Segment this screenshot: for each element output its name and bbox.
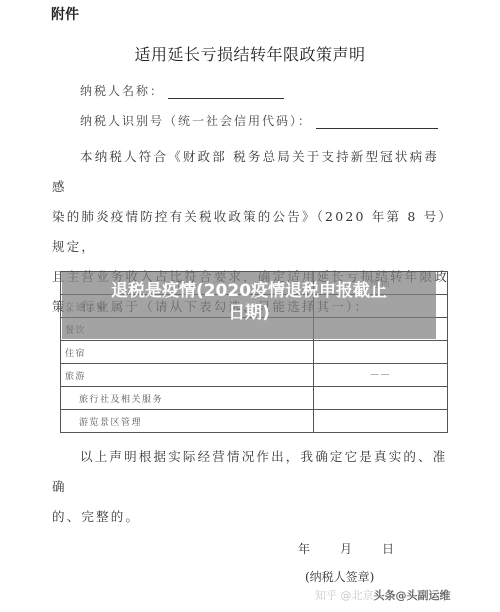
day-label: 日 bbox=[382, 540, 394, 557]
option-cell[interactable] bbox=[314, 341, 448, 364]
signature-label: (纳税人签章) bbox=[305, 568, 374, 585]
taxpayer-id-label: 纳税人识别号（统一社会信用代码）： bbox=[80, 114, 312, 128]
table-row: 旅游 —— bbox=[61, 364, 448, 387]
watermark: 知乎 @北京头条@头副运维 bbox=[315, 587, 451, 603]
table-row: 住宿 bbox=[61, 341, 448, 364]
taxpayer-name-line bbox=[168, 86, 284, 99]
title-overlay-banner: 退税是疫情(2020疫情退税申报截止 日期) bbox=[62, 272, 436, 339]
month-label: 月 bbox=[340, 540, 352, 557]
industry-cell: 旅行社及相关服务 bbox=[61, 387, 314, 410]
year-label: 年 bbox=[298, 540, 310, 557]
option-cell: —— bbox=[314, 364, 448, 387]
taxpayer-name-label: 纳税人名称： bbox=[80, 84, 164, 98]
table-row: 游览景区管理 bbox=[61, 410, 448, 433]
taxpayer-id-line bbox=[316, 116, 438, 129]
closing-statement: 以上声明根据实际经营情况作出，我确定它是真实的、准确 的、完整的。 bbox=[52, 442, 452, 532]
paragraph-line: 本纳税人符合《财政部 税务总局关于支持新型冠状病毒感 bbox=[52, 149, 439, 194]
paragraph-line: 染的肺炎疫情防控有关税收政策的公告》（2020 年第 8 号）规定， bbox=[52, 202, 452, 262]
industry-cell: 旅游 bbox=[61, 364, 314, 387]
taxpayer-name-field: 纳税人名称： bbox=[80, 82, 284, 99]
watermark-zhihu: 知乎 @北京 bbox=[315, 589, 374, 602]
option-cell[interactable] bbox=[314, 387, 448, 410]
table-row: 旅行社及相关服务 bbox=[61, 387, 448, 410]
document-title: 适用延长亏损结转年限政策声明 bbox=[0, 42, 500, 65]
overlay-title-line: 退税是疫情(2020疫情退税申报截止 bbox=[62, 280, 436, 302]
option-cell[interactable] bbox=[314, 410, 448, 433]
overlay-title-line: 日期) bbox=[62, 302, 436, 324]
industry-cell: 游览景区管理 bbox=[61, 410, 314, 433]
taxpayer-id-field: 纳税人识别号（统一社会信用代码）： bbox=[80, 112, 438, 129]
closing-line: 的、完整的。 bbox=[52, 502, 452, 532]
attachment-label: 附件 bbox=[51, 4, 79, 24]
industry-cell: 住宿 bbox=[61, 341, 314, 364]
closing-line: 以上声明根据实际经营情况作出，我确定它是真实的、准确 bbox=[52, 449, 448, 494]
signature-date: 年月日 bbox=[298, 540, 424, 557]
watermark-toutiao: 头条@头副运维 bbox=[374, 589, 451, 602]
